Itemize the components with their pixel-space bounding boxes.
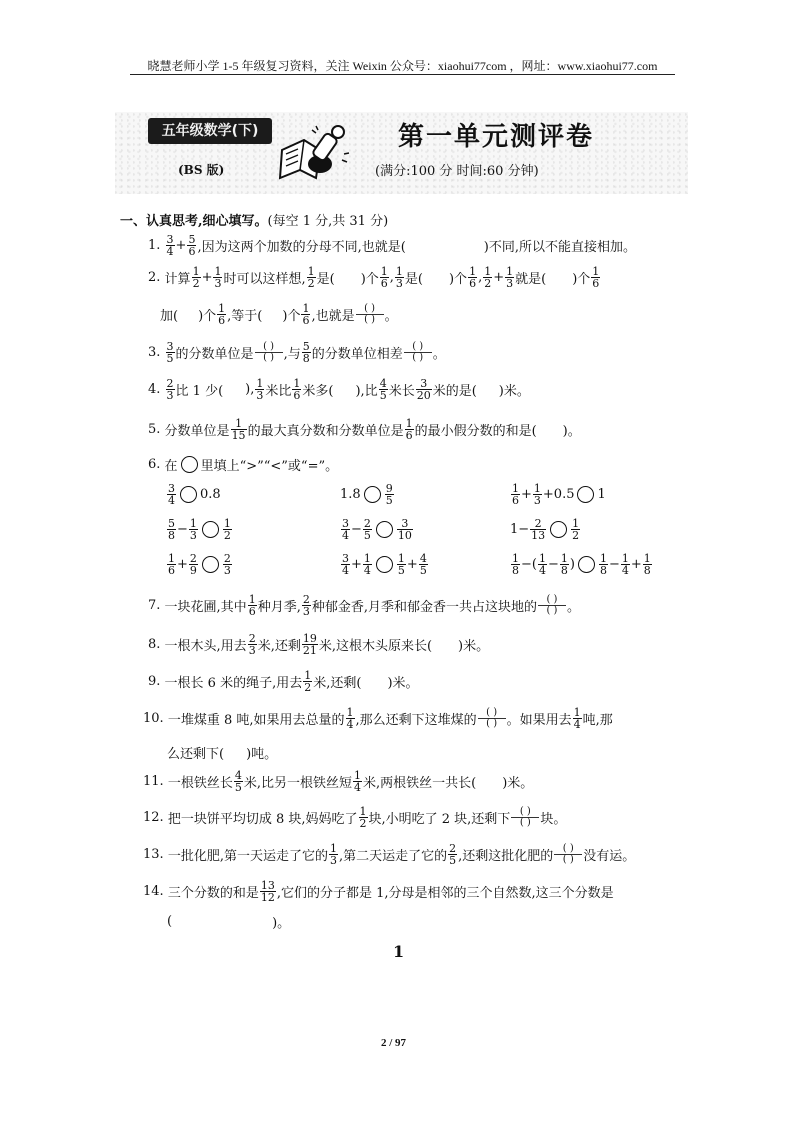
edition-label: (BS 版) [178, 161, 224, 178]
question-12: 12. 把一块饼平均切成 8 块,妈妈吃了12块,小明吃了 2 块,还剩下 ( … [143, 806, 566, 829]
question-7: 7. 一块花圃,其中16种月季,23种郁金香,月季和郁金香一共占这块地的 ( )… [148, 594, 580, 617]
question-6: 6. 在里填上“>”“<”或“=”。 [148, 455, 338, 474]
fraction-answer-blank[interactable]: ( )( ) [511, 807, 539, 828]
question-8: 8. 一根木头,用去23米,还剩1921米,这根木头原来长()米。 [148, 633, 489, 656]
compare-item: 16+13+0.51 [510, 483, 606, 506]
compare-item: 16+2923 [166, 553, 233, 576]
score-time-info: (满分:100 分 时间:60 分钟) [375, 160, 539, 179]
section-heading: 一、认真思考,细心填写。(每空 1 分,共 31 分) [120, 210, 388, 229]
question-3: 3. 35的分数单位是 ( )( ),与58的分数单位相差 ( )( )。 [148, 341, 446, 364]
compare-circle[interactable] [550, 521, 567, 538]
compare-item: 34−25310 [340, 518, 414, 541]
watermark-header: 晓慧老师小学 1-5 年级复习资料，关注 Weixin 公众号：xiaohui7… [130, 57, 675, 74]
question-11: 11. 一根铁丝长45米,比另一根铁丝短14米,两根铁丝一共长()米。 [143, 770, 533, 793]
fraction: 34 [166, 234, 175, 257]
compare-circle[interactable] [364, 486, 381, 503]
compare-circle[interactable] [180, 486, 197, 503]
book-telescope-icon [276, 120, 356, 190]
question-5: 5. 分数单位是115的最大真分数和分数单位是16的最小假分数的和是()。 [148, 418, 581, 441]
question-4: 4. 23比 1 少(),13米比16米多(),比45米长320米的是()米。 [148, 378, 530, 401]
compare-item: 34+1415+45 [340, 553, 429, 576]
compare-circle[interactable] [202, 556, 219, 573]
fraction-answer-blank[interactable]: ( )( ) [554, 844, 582, 865]
fraction-answer-blank[interactable]: ( )( ) [255, 342, 283, 363]
compare-item: 340.8 [166, 483, 221, 506]
fraction-answer-blank[interactable]: ( )( ) [356, 304, 384, 325]
compare-circle[interactable] [202, 521, 219, 538]
question-14: 14. 三个分数的和是1312,它们的分子都是 1,分母是相邻的三个自然数,这三… [143, 880, 614, 903]
compare-circle[interactable] [376, 521, 393, 538]
question-10: 10. 一堆煤重 8 吨,如果用去总量的14,那么还剩下这堆煤的 ( )( )。… [143, 707, 613, 730]
question-2-continued: 加()个16,等于()个16,也就是 ( )( )。 [160, 303, 398, 326]
question-1: 1. 34+56 ,因为这两个加数的分母不同,也就是()不同,所以不能直接相加。 [148, 234, 636, 257]
question-13: 13. 一批化肥,第一天运走了它的13,第二天运走了它的25,还剩这批化肥的 (… [143, 843, 635, 866]
circle-icon [181, 456, 198, 473]
exam-title: 第一单元测评卷 [398, 116, 594, 153]
compare-circle[interactable] [577, 486, 594, 503]
page-number: 1 [393, 942, 404, 961]
page-of-total: 2 / 97 [381, 1037, 406, 1049]
compare-item: 18−(14−18)18−14+18 [510, 553, 653, 576]
compare-circle[interactable] [578, 556, 595, 573]
compare-item: 58−1312 [166, 518, 233, 541]
question-14-continued: ()。 [167, 912, 290, 931]
fraction-answer-blank[interactable]: ( )( ) [404, 342, 432, 363]
question-2: 2. 计算 12+13 时可以这样想,12是()个16,13是()个16,12+… [148, 266, 601, 289]
grade-label: 五年级数学(下) [148, 118, 272, 144]
question-9: 9. 一根长 6 米的绳子,用去12米,还剩()米。 [148, 670, 419, 693]
compare-item: 1−21312 [510, 518, 581, 541]
question-10-continued: 么还剩下()吨。 [167, 743, 277, 762]
compare-item: 1.895 [340, 483, 395, 506]
fraction-answer-blank[interactable]: ( )( ) [538, 595, 566, 616]
header-rule [130, 74, 675, 75]
fraction: 56 [187, 234, 196, 257]
compare-circle[interactable] [376, 556, 393, 573]
fraction-answer-blank[interactable]: ( )( ) [478, 708, 506, 729]
